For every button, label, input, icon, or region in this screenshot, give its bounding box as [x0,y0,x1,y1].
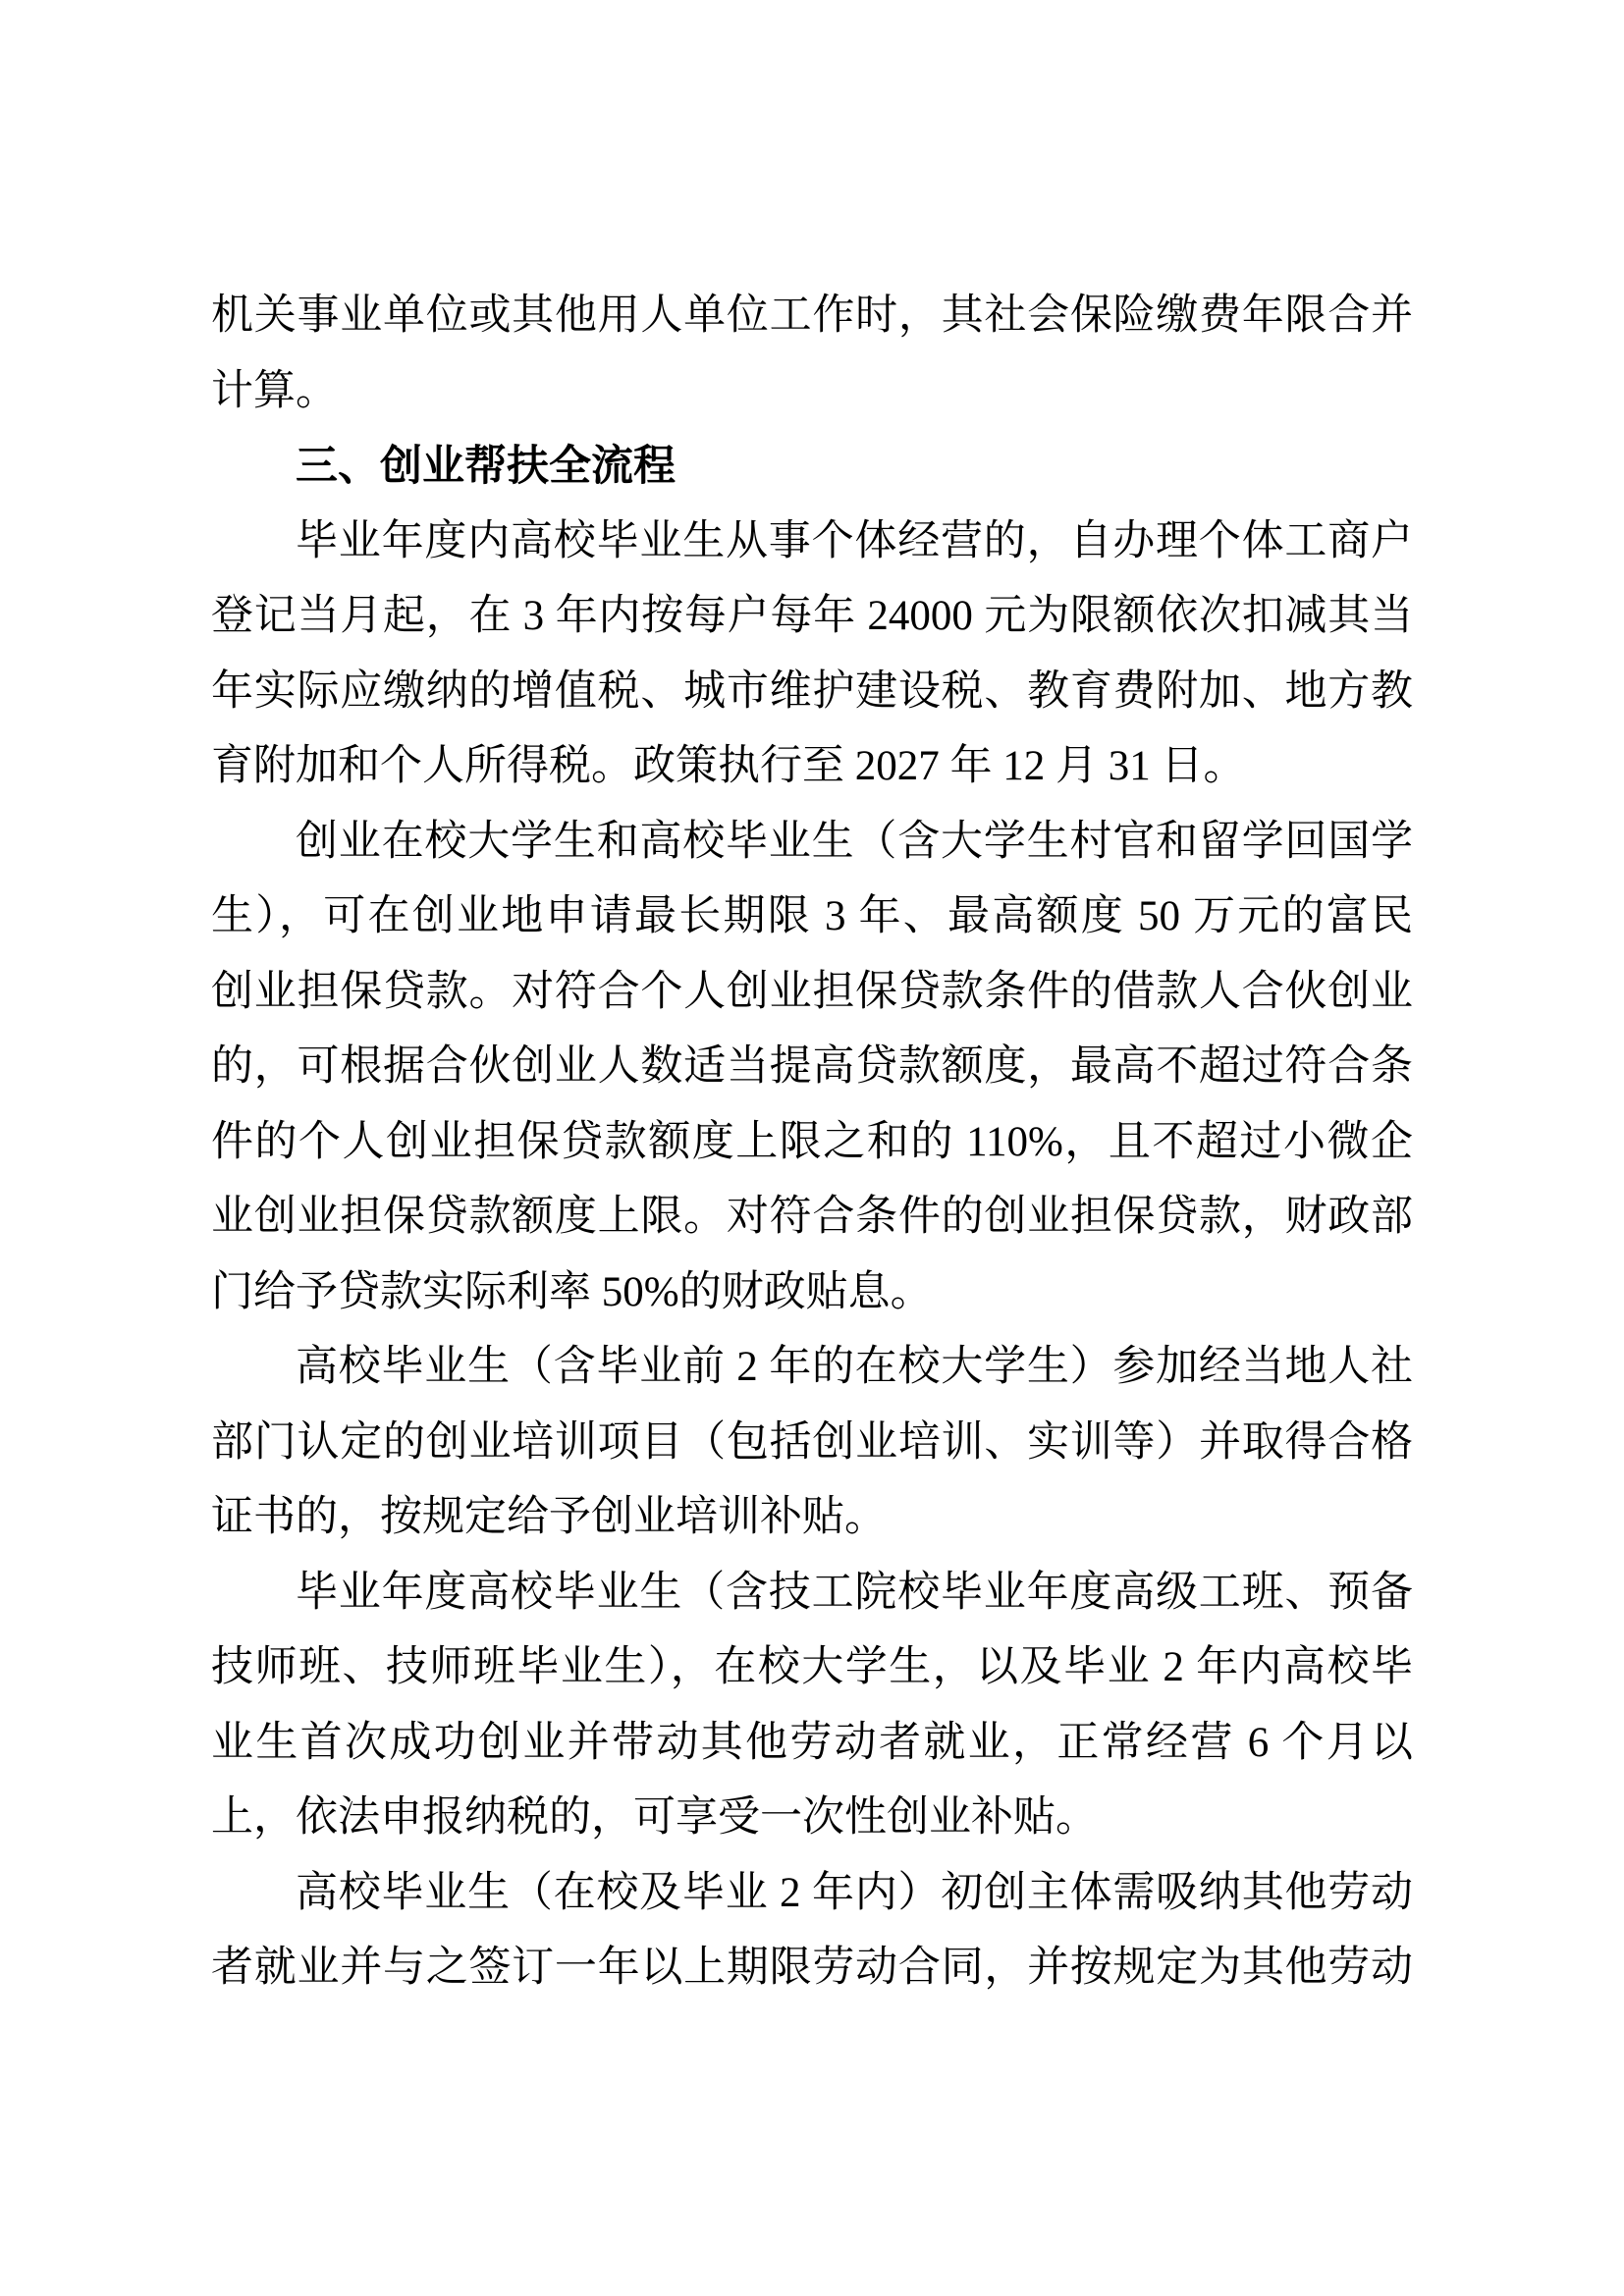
text-line: 上，依法申报纳税的，可享受一次性创业补贴。 [211,1781,1413,1856]
text-line: 毕业年度内高校毕业生从事个体经营的，自办理个体工商户 [211,505,1413,580]
text-line: 业创业担保贷款额度上限。对符合条件的创业担保贷款，财政部 [211,1180,1413,1255]
text-line: 门给予贷款实际利率 50%的财政贴息。 [211,1255,1413,1331]
text-line: 的，可根据合伙创业人数适当提高贷款额度，最高不超过符合条 [211,1030,1413,1105]
text-line: 登记当月起，在 3 年内按每户每年 24000 元为限额依次扣减其当 [211,579,1413,655]
text-line: 年实际应缴纳的增值税、城市维护建设税、教育费附加、地方教 [211,655,1413,730]
text-line: 部门认定的创业培训项目（包括创业培训、实训等）并取得合格 [211,1406,1413,1481]
section-heading: 三、创业帮扶全流程 [211,429,1413,505]
text-line: 者就业并与之签订一年以上期限劳动合同，并按规定为其他劳动 [211,1931,1413,2006]
text-line: 业生首次成功创业并带动其他劳动者就业，正常经营 6 个月以 [211,1706,1413,1782]
text-line: 件的个人创业担保贷款额度上限之和的 110%，且不超过小微企 [211,1105,1413,1181]
text-line: 毕业年度高校毕业生（含技工院校毕业年度高级工班、预备 [211,1556,1413,1631]
text-line: 高校毕业生（在校及毕业 2 年内）初创主体需吸纳其他劳动 [211,1856,1413,1932]
text-line: 高校毕业生（含毕业前 2 年的在校大学生）参加经当地人社 [211,1330,1413,1406]
text-line: 证书的，按规定给予创业培训补贴。 [211,1480,1413,1556]
text-line: 机关事业单位或其他用人单位工作时，其社会保险缴费年限合并 [211,279,1413,354]
text-line: 创业在校大学生和高校毕业生（含大学生村官和留学回国学 [211,805,1413,881]
text-line: 技师班、技师班毕业生），在校大学生，以及毕业 2 年内高校毕 [211,1630,1413,1706]
text-line: 生），可在创业地申请最长期限 3 年、最高额度 50 万元的富民 [211,880,1413,955]
text-lines: 机关事业单位或其他用人单位工作时，其社会保险缴费年限合并计算。三、创业帮扶全流程… [211,279,1413,2006]
text-line: 创业担保贷款。对符合个人创业担保贷款条件的借款人合伙创业 [211,955,1413,1031]
text-line: 育附加和个人所得税。政策执行至 2027 年 12 月 31 日。 [211,729,1413,805]
text-line: 计算。 [211,354,1413,430]
document-page: 机关事业单位或其他用人单位工作时，其社会保险缴费年限合并计算。三、创业帮扶全流程… [0,0,1624,2296]
